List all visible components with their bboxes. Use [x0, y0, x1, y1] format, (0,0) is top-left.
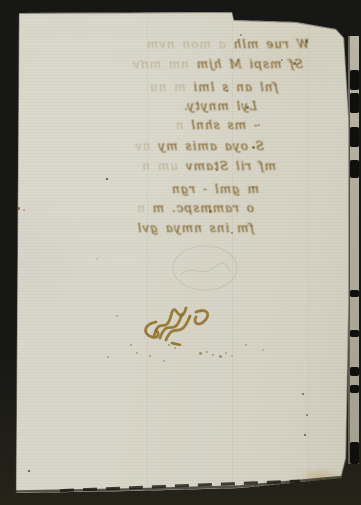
ink-speck	[212, 354, 214, 356]
fore-edge-pages	[348, 36, 359, 464]
ink-speck	[107, 356, 109, 358]
bleedthrough-line: fm ins nmya gvl	[78, 220, 254, 238]
ink-speck	[305, 40, 308, 43]
ink-speck	[231, 355, 233, 357]
ink-speck	[225, 352, 227, 354]
ink-speck	[262, 349, 264, 351]
ink-edge-blob	[350, 330, 359, 337]
ink-speck	[216, 169, 218, 171]
ink-speck	[231, 232, 233, 234]
bleedthrough-line: o rammspc. m n	[78, 200, 254, 218]
ink-speck	[219, 355, 222, 358]
bleedthrough-line: Sf mspi M hjm nm mnv	[127, 56, 303, 74]
ink-speck	[252, 186, 254, 188]
ink-speck	[149, 355, 151, 357]
ink-edge-blob	[350, 367, 359, 376]
ink-edge-blob	[350, 160, 359, 178]
ink-speck	[240, 34, 242, 36]
ink-speck	[206, 351, 208, 353]
ink-edge-blob	[350, 442, 359, 464]
ink-speck	[306, 414, 308, 416]
ink-speck	[163, 360, 165, 362]
ink-speck	[28, 470, 30, 472]
ink-edge-blob	[350, 93, 359, 113]
ink-edge-blob	[350, 127, 359, 147]
ink-speck	[106, 178, 108, 180]
manuscript-page: W rue mlh a mon nvmSf mspi M hjm nm mnvf…	[0, 0, 361, 505]
ink-edge-blob	[350, 70, 359, 90]
ink-speck	[281, 59, 283, 61]
bleedthrough-line: W rue mlh a mon nvm	[133, 36, 309, 54]
ink-edge-blob	[350, 385, 359, 393]
manuscript-photo: W rue mlh a mon nvmSf mspi M hjm nm mnvf…	[0, 0, 361, 505]
ink-speck	[130, 344, 132, 346]
ink-speck	[168, 344, 170, 346]
ink-speck	[252, 146, 255, 149]
bleedthrough-line: fnl an s lmi m nu	[102, 79, 278, 97]
ink-speck	[258, 124, 260, 126]
bleedthrough-line: Lyl mnyty.	[81, 98, 257, 116]
ink-speck	[174, 347, 176, 349]
ink-speck	[116, 315, 118, 317]
ink-speck	[245, 344, 247, 346]
ink-speck	[304, 434, 306, 436]
ink-speck	[246, 106, 249, 109]
watermark	[170, 244, 240, 294]
bleedthrough-line: m gml - rgn	[83, 181, 259, 199]
ink-flourish	[138, 298, 214, 346]
ink-speck	[140, 60, 142, 62]
ink-speck	[96, 258, 98, 260]
ink-speck	[23, 209, 25, 211]
ink-speck	[293, 62, 296, 65]
bleedthrough-line: S oya amis my nv	[88, 138, 264, 156]
bleedthrough-line: - ms shnl n	[82, 117, 258, 135]
bleedthrough-line: mf ril Stamv um n	[100, 158, 276, 176]
chain-line	[308, 20, 309, 486]
ink-speck	[199, 352, 202, 355]
ink-speck	[226, 90, 228, 92]
ink-speck	[209, 210, 212, 213]
ink-speck	[302, 393, 304, 395]
ink-edge-blob	[350, 290, 359, 297]
ink-speck	[136, 352, 138, 354]
